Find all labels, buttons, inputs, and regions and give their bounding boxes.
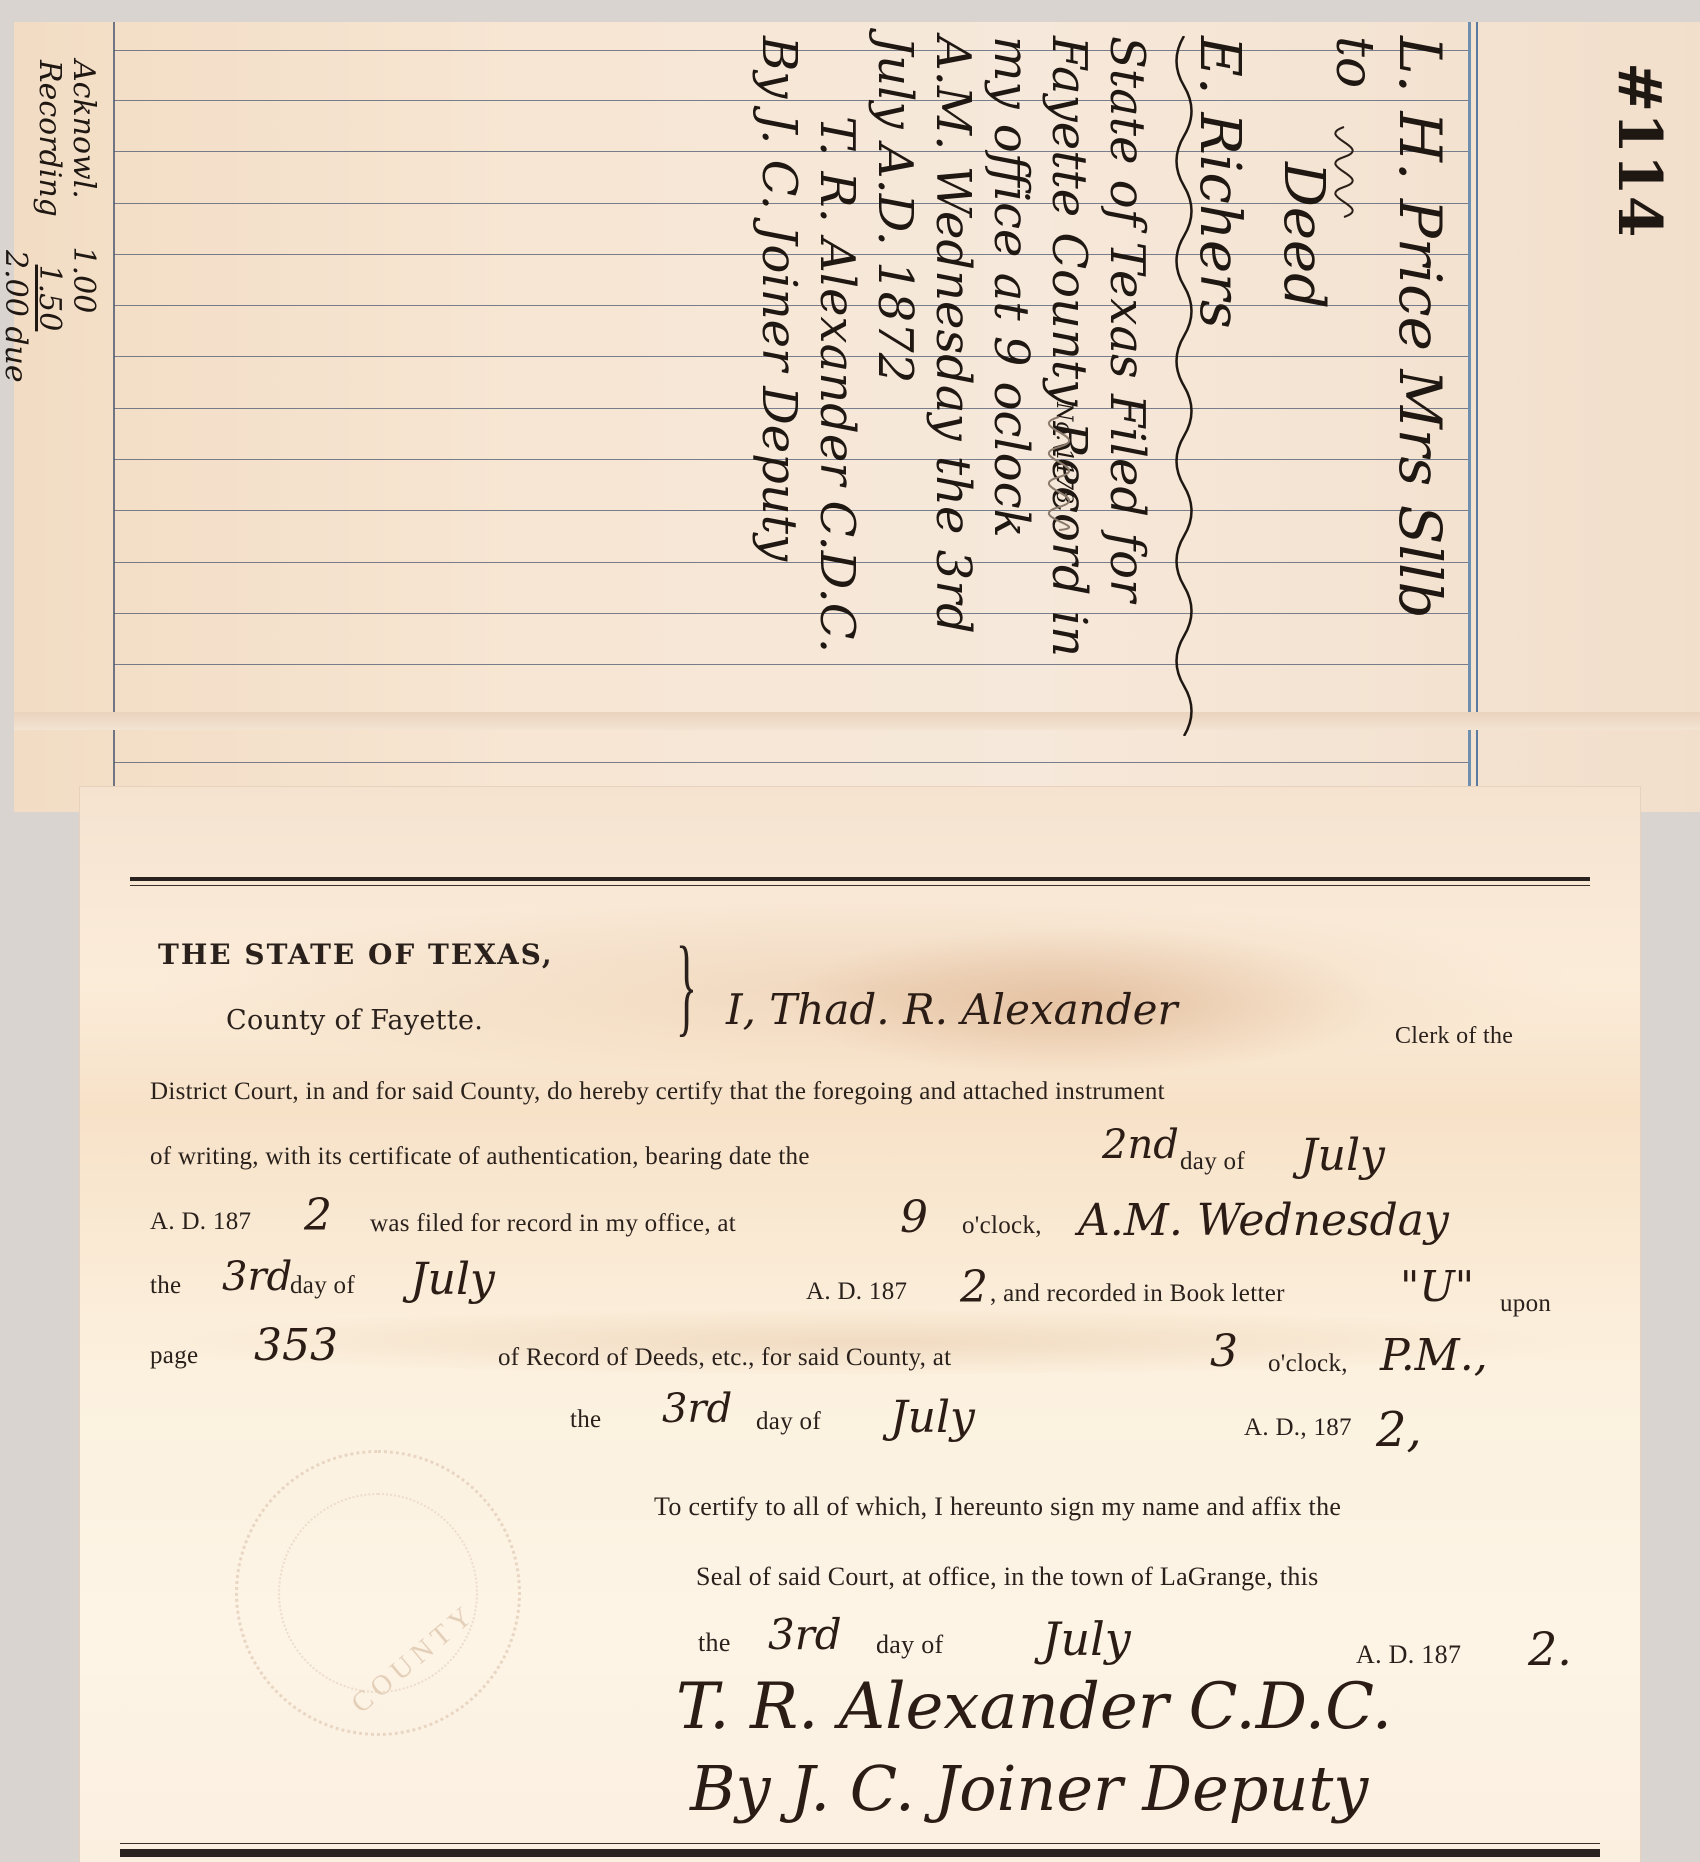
attest-line-1: To certify to all of which, I hereunto s… <box>654 1492 1341 1522</box>
ledger-rule <box>114 664 1468 665</box>
state-heading: THE STATE OF TEXAS, <box>158 938 554 971</box>
ad-187: A. D. 187 <box>150 1208 251 1236</box>
clerk-name: I, Thad. R. Alexander <box>726 985 1178 1034</box>
ad-187: A. D. 187 <box>806 1278 907 1306</box>
day-of: day of <box>290 1272 355 1300</box>
brace: } <box>676 930 697 1040</box>
page-number: 353 <box>254 1320 338 1371</box>
filed-ampm-weekday: A.M. Wednesday <box>1078 1195 1449 1246</box>
clerk-signature: T. R. Alexander C.D.C. <box>676 1670 1392 1744</box>
the: the <box>150 1272 181 1300</box>
fee-label: Recording <box>32 60 67 217</box>
court-seal-icon: COUNTY <box>235 1450 521 1736</box>
the: the <box>570 1406 601 1434</box>
filing-note: State of Texas Filed for Fayette County … <box>750 36 1156 657</box>
top-rule <box>130 877 1590 881</box>
attest-line-2: Seal of said Court, at office, in the to… <box>696 1562 1319 1592</box>
ledger-blue-rule <box>1468 22 1471 812</box>
cert-line-5: of Record of Deeds, etc., for said Count… <box>498 1344 951 1372</box>
day-of: day of <box>1180 1148 1245 1176</box>
cert-line-3: was filed for record in my office, at <box>370 1210 736 1238</box>
bearing-year: 2 <box>304 1190 332 1241</box>
fee-value: 1.00 <box>66 247 101 314</box>
filing-note-line: my office at 9 oclock <box>982 36 1040 657</box>
book-letter: "U" <box>1400 1262 1474 1311</box>
filing-note-line: T. R. Alexander C.D.C. <box>808 36 866 657</box>
day-of: day of <box>756 1408 821 1436</box>
county-heading: County of Fayette. <box>226 1005 483 1036</box>
attest-day: 3rd <box>768 1610 842 1659</box>
oclock: o'clock, <box>962 1212 1042 1240</box>
paper-fold <box>14 712 1700 730</box>
bearing-month: July <box>1300 1130 1385 1181</box>
cert-line-2: of writing, with its certificate of auth… <box>150 1143 810 1171</box>
attest-year: 2. <box>1528 1622 1572 1676</box>
docket-grantor: L. H. Price Mrs Sllb <box>1386 36 1454 619</box>
docket-sheet: Acknowl. 1.00 Recording 1.50 2.00 due #1… <box>14 22 1700 812</box>
ad-187: A. D., 187 <box>1244 1414 1352 1442</box>
recorded-hour: 3 <box>1210 1326 1238 1377</box>
clerk-of-the: Clerk of the <box>1395 1023 1513 1050</box>
filed-year: 2 <box>960 1262 988 1313</box>
fee-value: 1.50 <box>32 265 67 332</box>
ad-187: A. D. 187 <box>1356 1640 1461 1670</box>
ledger-rule <box>114 762 1468 763</box>
docket-to: to <box>1324 36 1384 88</box>
cert-line-4: , and recorded in Book letter <box>990 1280 1285 1308</box>
filed-month: July <box>410 1254 495 1305</box>
attest-month: July <box>1042 1612 1131 1666</box>
page-label: page <box>150 1342 198 1370</box>
filing-note-line: Fayette County Record in <box>1040 36 1098 657</box>
fee-label: Acknowl. <box>66 60 101 199</box>
bearing-day: 2nd <box>1102 1122 1179 1168</box>
upon: upon <box>1500 1290 1551 1318</box>
wavy-divider <box>1164 36 1204 736</box>
court-seal-inner <box>278 1493 478 1693</box>
filing-note-line: A.M. Wednesday the 3rd <box>924 36 982 657</box>
filing-note-line: July A.D. 1872 <box>866 36 924 657</box>
cert-line-1: District Court, in and for said County, … <box>150 1078 1165 1106</box>
bottom-rule <box>120 1843 1600 1844</box>
flourish-icon <box>1014 412 1104 532</box>
recorded-ampm: P.M., <box>1380 1330 1488 1381</box>
recorded-day: 3rd <box>662 1386 732 1432</box>
fee-total: 2.00 <box>0 250 33 317</box>
filing-note-line: By J. C. Joiner Deputy <box>750 36 808 657</box>
deputy-signature: By J. C. Joiner Deputy <box>690 1752 1368 1825</box>
flourish-icon <box>1304 122 1384 232</box>
filed-hour: 9 <box>900 1192 928 1243</box>
filing-note-line: State of Texas Filed for <box>1098 36 1156 657</box>
docket-number: #114 <box>1604 62 1674 238</box>
fees-note: Acknowl. 1.00 Recording 1.50 2.00 due <box>0 60 100 383</box>
bottom-rule <box>120 1849 1600 1857</box>
the: the <box>698 1628 731 1658</box>
margin-rule <box>113 22 115 812</box>
oclock: o'clock, <box>1268 1350 1348 1378</box>
top-rule <box>130 885 1590 886</box>
recorded-month: July <box>890 1392 975 1443</box>
day-of: day of <box>876 1630 944 1660</box>
filed-day: 3rd <box>222 1254 292 1300</box>
ledger-blue-rule <box>1476 22 1478 812</box>
recorded-year: 2, <box>1376 1402 1422 1458</box>
fee-due-label: due <box>0 326 33 382</box>
